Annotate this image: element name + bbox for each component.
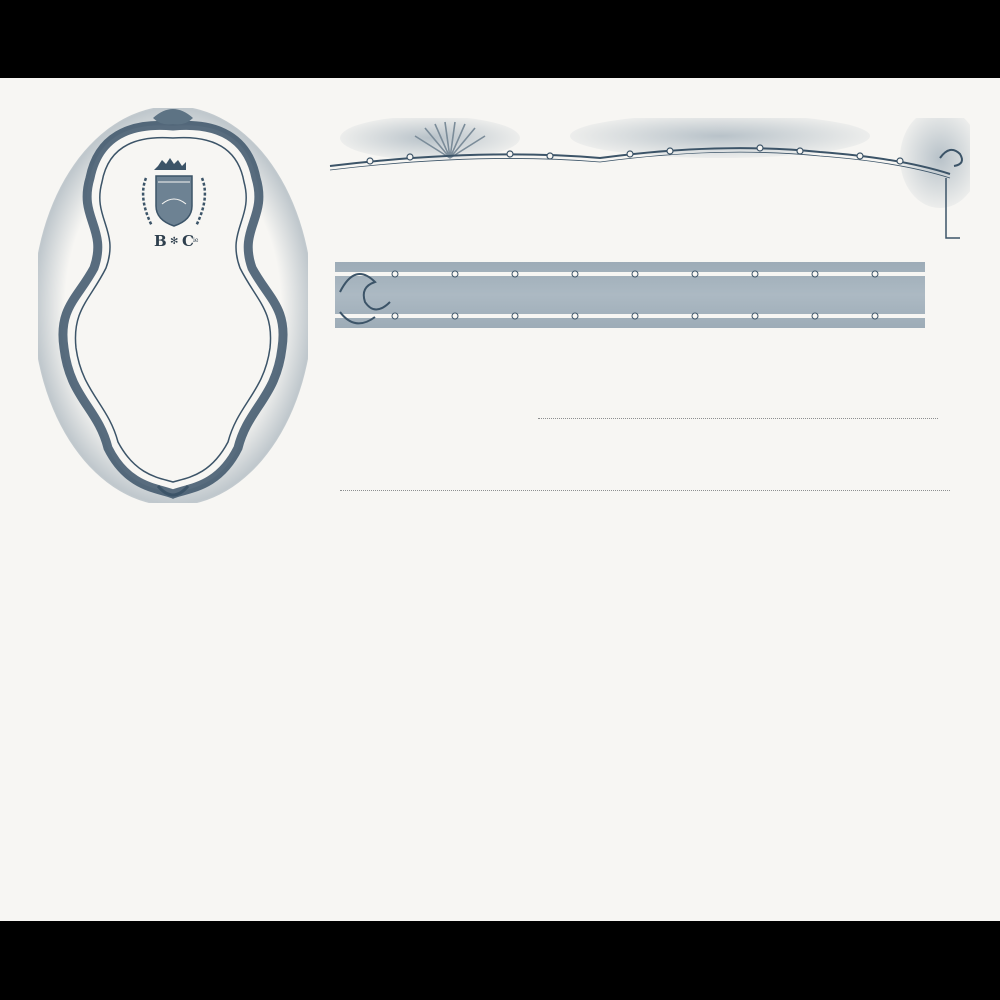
ledger-table [0, 78, 1000, 921]
invoice-paper: B ✻ C ie [0, 78, 1000, 921]
